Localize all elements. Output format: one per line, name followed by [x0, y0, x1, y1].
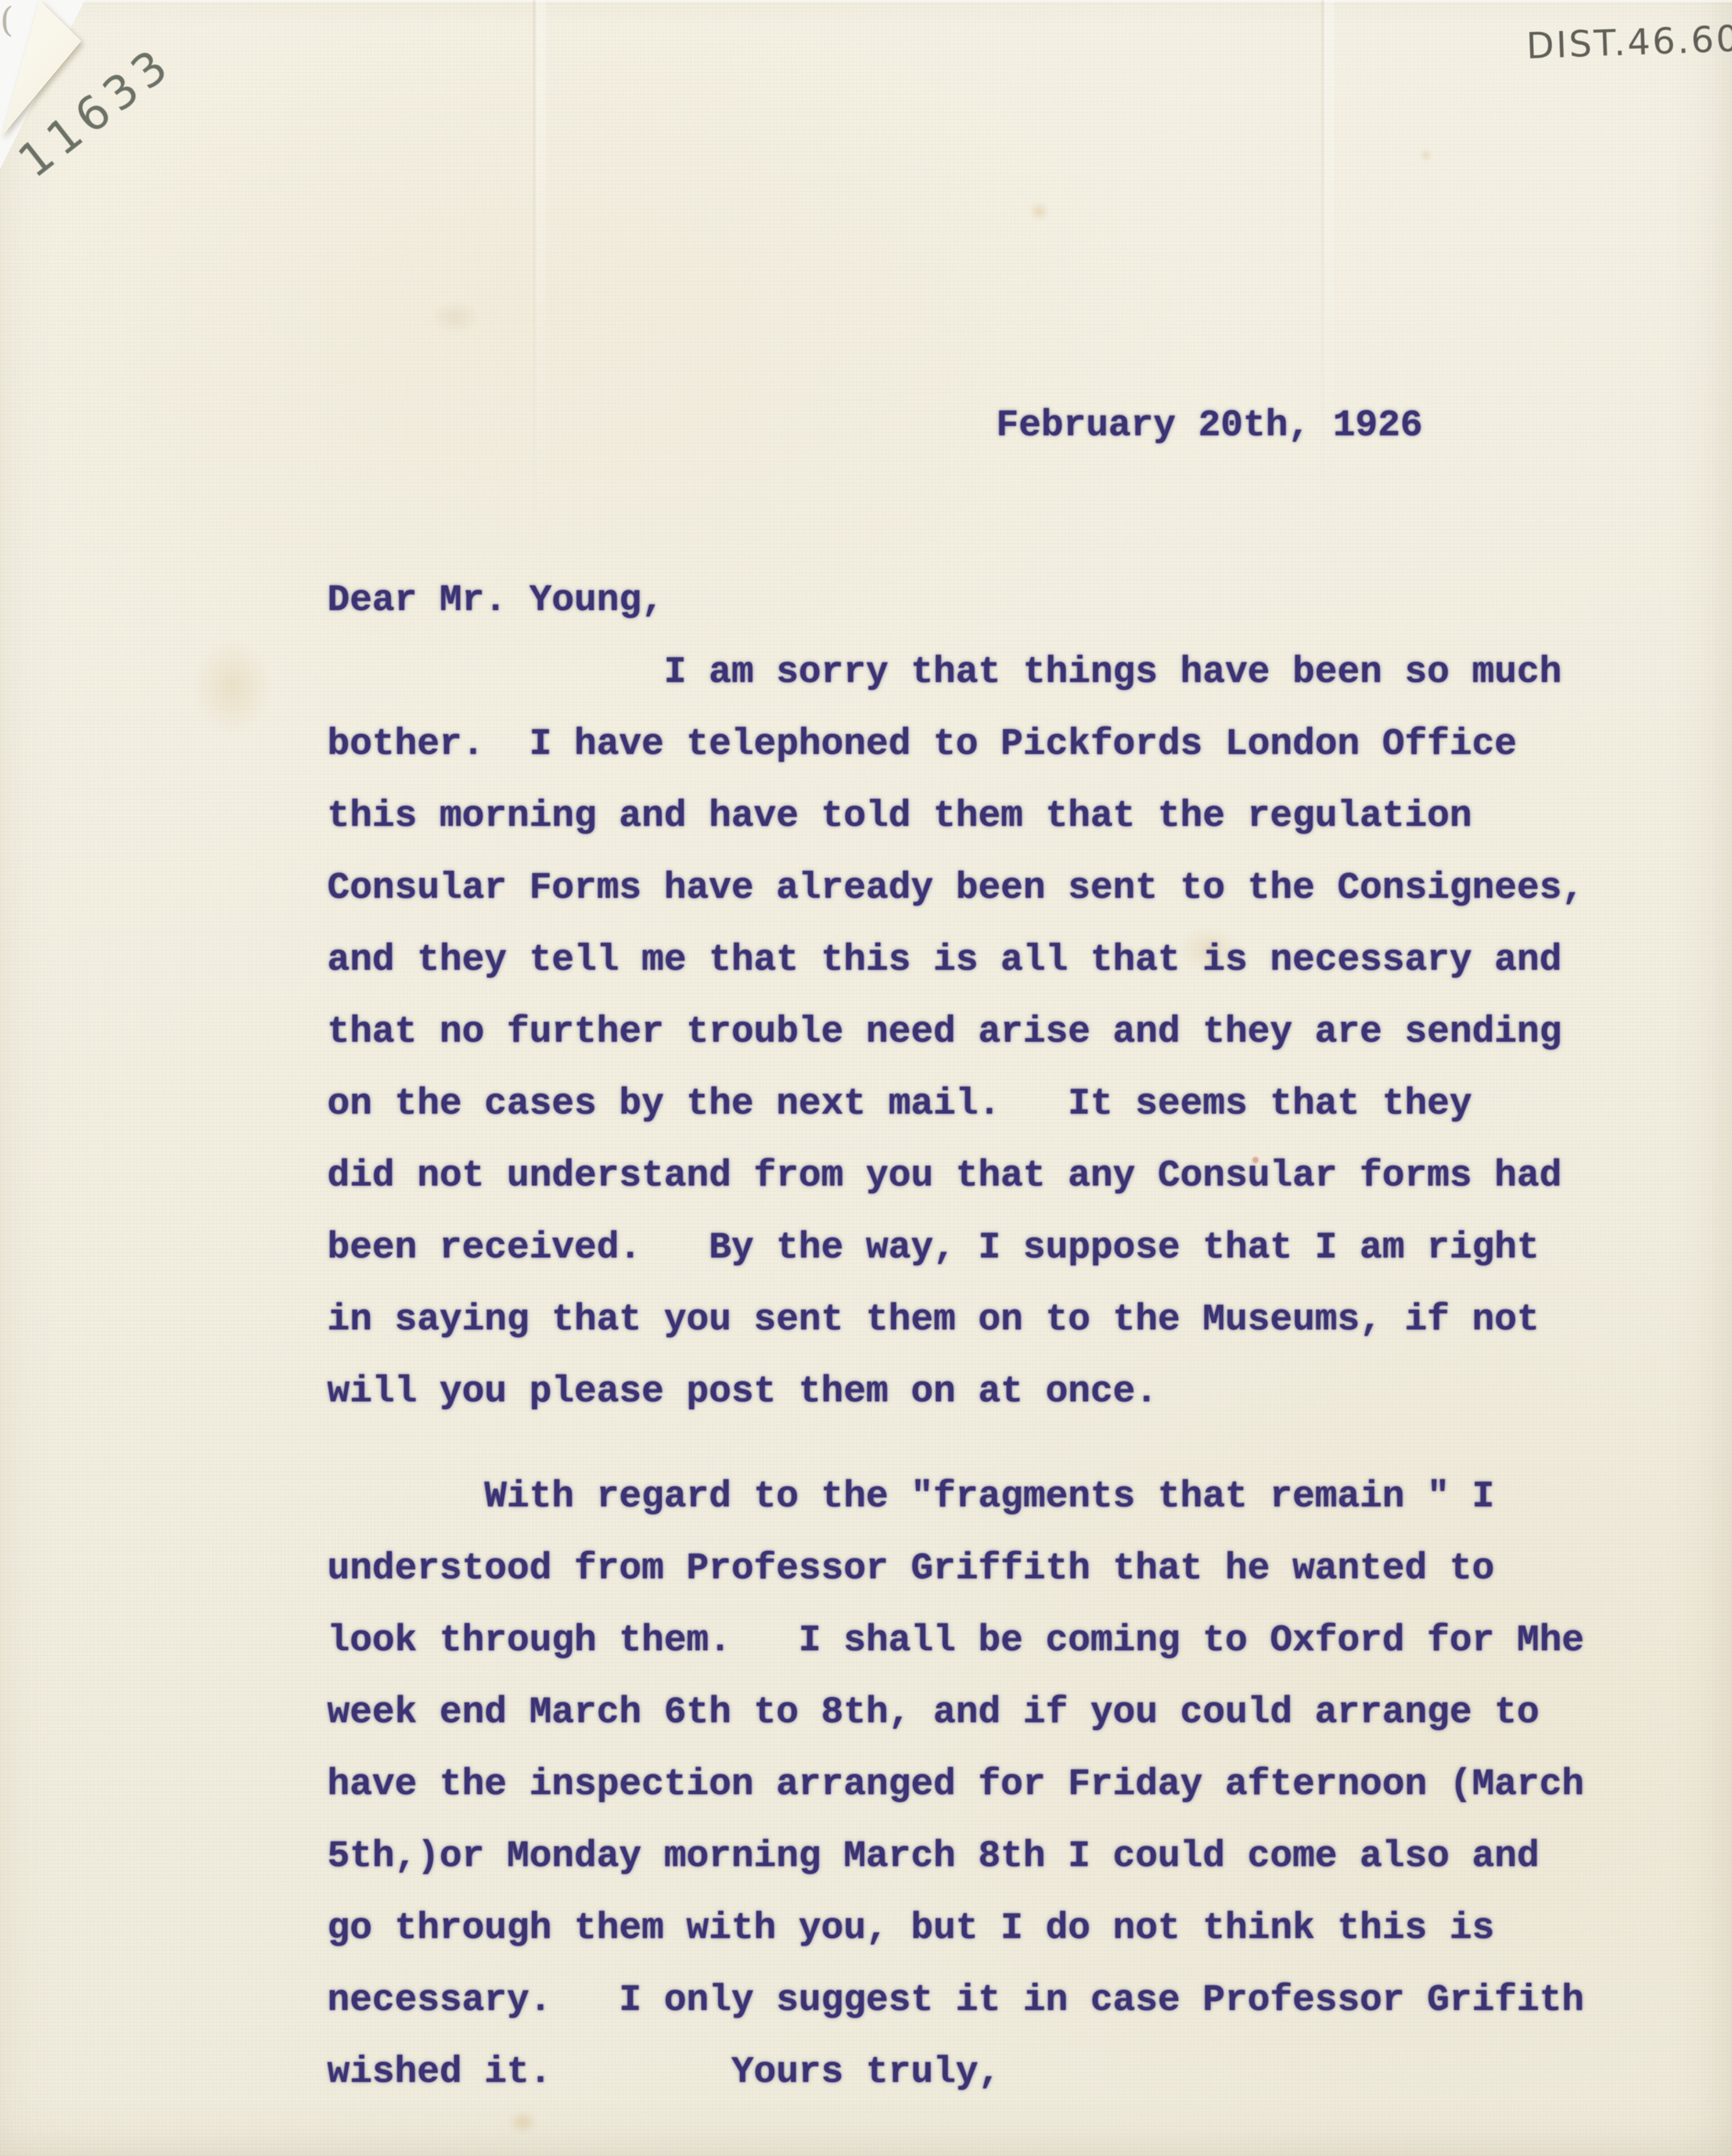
letter-line: look through them. I shall be coming to … [327, 1605, 1622, 1677]
paper-stain [193, 640, 272, 734]
paper-stain [1421, 150, 1431, 160]
scanned-letter-page: 11633 DIST.46.60 ( February 20th, 1926 D… [0, 0, 1732, 2156]
letter-line: that no further trouble need arise and t… [327, 996, 1622, 1068]
letter-paragraph: I am sorry that things have been so much… [327, 637, 1622, 1428]
letter-date: February 20th, 1926 [996, 390, 1423, 462]
letter-paragraph: With regard to the "fragments that remai… [327, 1461, 1622, 2109]
letter-line: Consular Forms have already been sent to… [327, 852, 1622, 924]
letter-body: I am sorry that things have been so much… [327, 637, 1622, 2109]
letter-line: in saying that you sent them on to the M… [327, 1284, 1622, 1356]
paper-stain [508, 2111, 538, 2134]
letter-line: 5th,)or Monday morning March 8th I could… [327, 1821, 1622, 1893]
letter-line: will you please post them on at once. [327, 1356, 1622, 1428]
letter-line: this morning and have told them that the… [327, 781, 1622, 852]
fold-crease-left [534, 0, 547, 576]
letter-line: bother. I have telephoned to Pickfords L… [327, 709, 1622, 781]
letter-line: did not understand from you that any Con… [327, 1140, 1622, 1212]
scan-top-edge [0, 0, 1732, 2]
stray-pencil-mark: ( [0, 0, 14, 40]
paper-stain [1030, 203, 1049, 220]
letter-line: go through them with you, but I do not t… [327, 1893, 1622, 1965]
letter-line: understood from Professor Griffith that … [327, 1533, 1622, 1605]
fold-crease-highlight [535, 0, 546, 576]
letter-line: week end March 6th to 8th, and if you co… [327, 1677, 1622, 1749]
letter-line: and they tell me that this is all that i… [327, 924, 1622, 996]
fold-crease-line [534, 0, 535, 576]
letter-line: I am sorry that things have been so much [327, 637, 1622, 709]
handwritten-accession-code: DIST.46.60 [1526, 18, 1732, 67]
letter-salutation: Dear Mr. Young, [327, 565, 664, 637]
letter-line: wished it. Yours truly, [327, 2037, 1622, 2109]
letter-line: on the cases by the next mail. It seems … [327, 1068, 1622, 1140]
letter-line: been received. By the way, I suppose tha… [327, 1212, 1622, 1284]
letter-line: have the inspection arranged for Friday … [327, 1749, 1622, 1821]
letter-line: necessary. I only suggest it in case Pro… [327, 1965, 1622, 2037]
paper-stain [430, 301, 480, 334]
letter-line: With regard to the "fragments that remai… [327, 1461, 1622, 1533]
